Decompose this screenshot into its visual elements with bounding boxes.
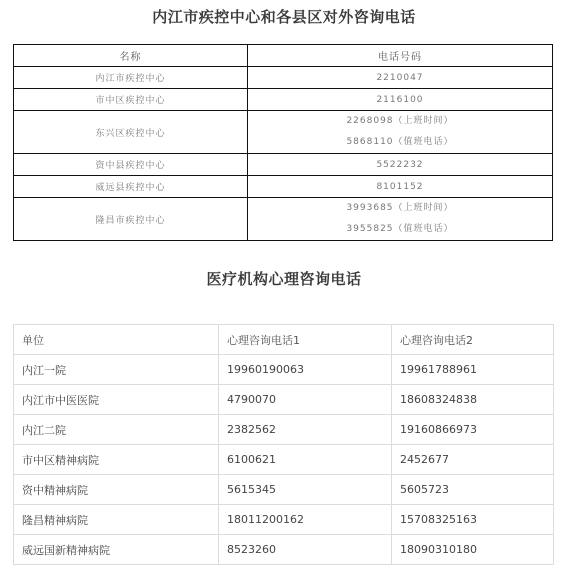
phone2: 2452677 xyxy=(392,445,554,475)
table-header-row: 名称 电话号码 xyxy=(14,45,553,67)
table-row: 威远县疾控中心 8101152 xyxy=(14,176,553,198)
cdc-phone-table: 名称 电话号码 内江市疾控中心 2210047 市中区疾控中心 2116100 … xyxy=(13,44,553,241)
column-header-unit: 单位 xyxy=(14,325,219,355)
table-row: 内江一院 19960190063 19961788961 xyxy=(14,355,554,385)
cdc-name: 隆昌市疾控中心 xyxy=(14,198,248,241)
table-row: 资中精神病院 5615345 5605723 xyxy=(14,475,554,505)
cdc-name: 内江市疾控中心 xyxy=(14,67,248,89)
column-header-name: 名称 xyxy=(14,45,248,67)
cdc-phone-office-hours: 3993685（上班时间） xyxy=(248,198,552,219)
table-row: 市中区精神病院 6100621 2452677 xyxy=(14,445,554,475)
psych-phone-table: 单位 心理咨询电话1 心理咨询电话2 内江一院 19960190063 1996… xyxy=(13,324,554,565)
cdc-name: 资中县疾控中心 xyxy=(14,154,248,176)
phone2: 5605723 xyxy=(392,475,554,505)
unit-name: 隆昌精神病院 xyxy=(14,505,219,535)
phone1: 19960190063 xyxy=(219,355,392,385)
phone2: 19160866973 xyxy=(392,415,554,445)
cdc-section-title: 内江市疾控中心和各县区对外咨询电话 xyxy=(0,6,568,27)
column-header-phone2: 心理咨询电话2 xyxy=(392,325,554,355)
column-header-phone1: 心理咨询电话1 xyxy=(219,325,392,355)
unit-name: 市中区精神病院 xyxy=(14,445,219,475)
cdc-phone-duty: 3955825（值班电话） xyxy=(248,219,552,240)
cdc-phone-office-hours: 2268098（上班时间） xyxy=(248,111,552,132)
cdc-name: 威远县疾控中心 xyxy=(14,176,248,198)
table-row: 东兴区疾控中心 2268098（上班时间） 5868110（值班电话） xyxy=(14,111,553,154)
table-header-row: 单位 心理咨询电话1 心理咨询电话2 xyxy=(14,325,554,355)
phone2: 15708325163 xyxy=(392,505,554,535)
cdc-phone: 8101152 xyxy=(248,176,553,198)
cdc-phone: 2116100 xyxy=(248,89,553,111)
table-row: 隆昌精神病院 18011200162 15708325163 xyxy=(14,505,554,535)
phone1: 4790070 xyxy=(219,385,392,415)
table-row: 市中区疾控中心 2116100 xyxy=(14,89,553,111)
phone1: 2382562 xyxy=(219,415,392,445)
table-row: 隆昌市疾控中心 3993685（上班时间） 3955825（值班电话） xyxy=(14,198,553,241)
psych-section-title: 医疗机构心理咨询电话 xyxy=(0,268,568,289)
cdc-phone: 5522232 xyxy=(248,154,553,176)
table-row: 威远国新精神病院 8523260 18090310180 xyxy=(14,535,554,565)
phone1: 5615345 xyxy=(219,475,392,505)
phone1: 18011200162 xyxy=(219,505,392,535)
table-row: 资中县疾控中心 5522232 xyxy=(14,154,553,176)
cdc-name: 市中区疾控中心 xyxy=(14,89,248,111)
phone2: 18608324838 xyxy=(392,385,554,415)
phone1: 8523260 xyxy=(219,535,392,565)
phone1: 6100621 xyxy=(219,445,392,475)
column-header-phone: 电话号码 xyxy=(248,45,553,67)
table-row: 内江市中医医院 4790070 18608324838 xyxy=(14,385,554,415)
unit-name: 内江二院 xyxy=(14,415,219,445)
cdc-phone-duty: 5868110（值班电话） xyxy=(248,132,552,153)
cdc-phone: 2210047 xyxy=(248,67,553,89)
unit-name: 威远国新精神病院 xyxy=(14,535,219,565)
phone2: 19961788961 xyxy=(392,355,554,385)
cdc-phone-cell: 2268098（上班时间） 5868110（值班电话） xyxy=(248,111,553,154)
cdc-name: 东兴区疾控中心 xyxy=(14,111,248,154)
unit-name: 内江市中医医院 xyxy=(14,385,219,415)
cdc-phone-cell: 3993685（上班时间） 3955825（值班电话） xyxy=(248,198,553,241)
phone2: 18090310180 xyxy=(392,535,554,565)
table-row: 内江市疾控中心 2210047 xyxy=(14,67,553,89)
unit-name: 内江一院 xyxy=(14,355,219,385)
unit-name: 资中精神病院 xyxy=(14,475,219,505)
table-row: 内江二院 2382562 19160866973 xyxy=(14,415,554,445)
